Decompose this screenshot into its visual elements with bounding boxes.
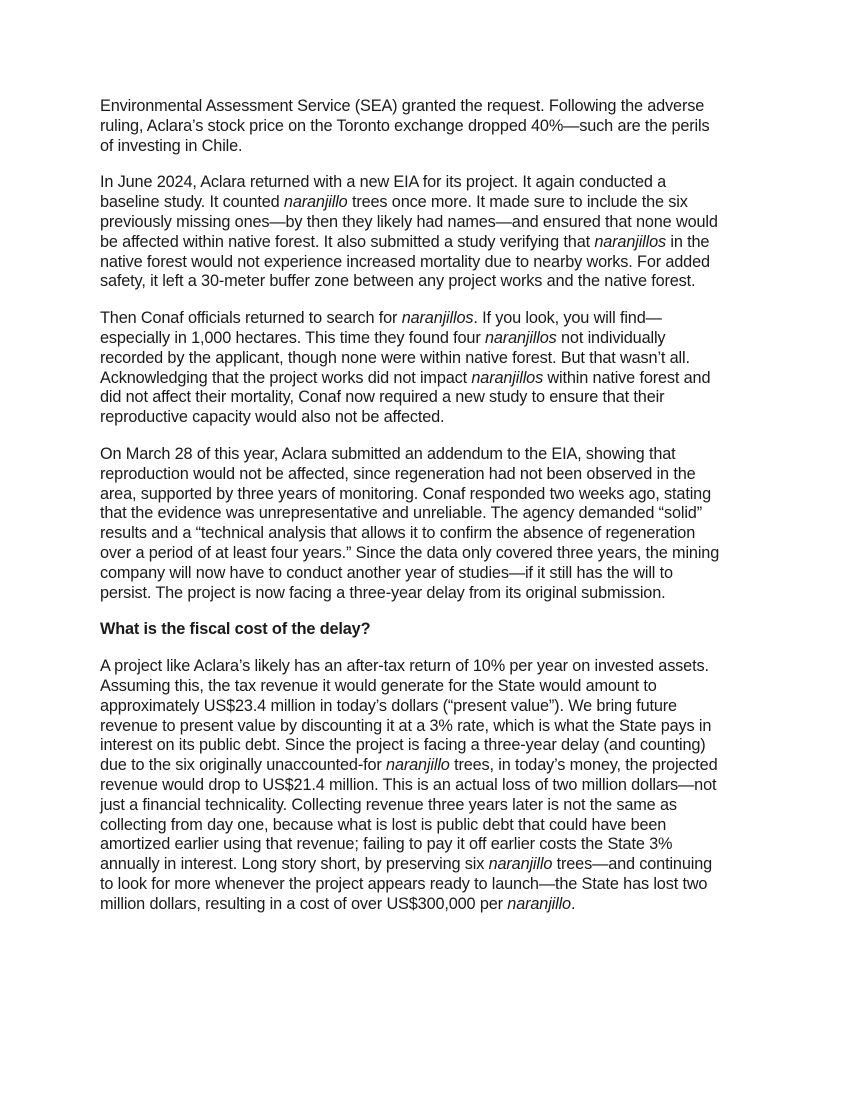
text-run: trees—and continuing (552, 855, 712, 873)
text-run: . If you look, you will find— (473, 309, 661, 327)
text-run: reproduction would not be affected, sinc… (100, 465, 696, 483)
text-run: million dollars, resulting in a cost of … (100, 895, 507, 913)
text-run: Assuming this, the tax revenue it would … (100, 677, 657, 695)
text-line: company will now have to conduct another… (100, 564, 752, 584)
document-page: Environmental Assessment Service (SEA) g… (100, 97, 752, 931)
text-line: Environmental Assessment Service (SEA) g… (100, 97, 752, 117)
text-line: reproduction would not be affected, sinc… (100, 465, 752, 485)
text-run: of investing in Chile. (100, 137, 242, 155)
text-line: revenue to present value by discounting … (100, 717, 752, 737)
text-run: annually in interest. Long story short, … (100, 855, 489, 873)
text-run: . (571, 895, 575, 913)
fiscal-cost-paragraph: A project like Aclara’s likely has an af… (100, 657, 752, 914)
text-line: Acknowledging that the project works did… (100, 369, 752, 389)
text-line: approximately US$23.4 million in today’s… (100, 697, 752, 717)
italic-term: naranjillo (507, 895, 571, 913)
text-run: just a financial technicality. Collectin… (100, 796, 677, 814)
text-run: within native forest and (543, 369, 710, 387)
italic-term: naranjillos (402, 309, 474, 327)
text-run: due to the six originally unaccounted-fo… (100, 756, 386, 774)
text-line: previously missing ones—by then they lik… (100, 213, 752, 233)
text-run: ruling, Aclara’s stock price on the Toro… (100, 117, 709, 135)
text-run: to look for more whenever the project ap… (100, 875, 707, 893)
text-line: ruling, Aclara’s stock price on the Toro… (100, 117, 752, 137)
text-line: On March 28 of this year, Aclara submitt… (100, 445, 752, 465)
italic-term: naranjillos (471, 369, 543, 387)
text-line: safety, it left a 30-meter buffer zone b… (100, 272, 752, 292)
text-run: Then Conaf officials returned to search … (100, 309, 402, 327)
italic-term: naranjillo (489, 855, 553, 873)
text-line: million dollars, resulting in a cost of … (100, 895, 752, 915)
text-run: that the evidence was unrepresentative a… (100, 504, 702, 522)
paragraph: On March 28 of this year, Aclara submitt… (100, 445, 752, 603)
text-run: collecting from day one, because what is… (100, 816, 666, 834)
italic-term: naranjillo (386, 756, 450, 774)
text-run: persist. The project is now facing a thr… (100, 584, 666, 602)
text-run: revenue would drop to US$21.4 million. T… (100, 776, 716, 794)
text-line: recorded by the applicant, though none w… (100, 349, 752, 369)
text-line: persist. The project is now facing a thr… (100, 584, 752, 604)
text-run: interest on its public debt. Since the p… (100, 736, 706, 754)
text-run: Environmental Assessment Service (SEA) g… (100, 97, 704, 115)
text-run: be affected within native forest. It als… (100, 233, 594, 251)
italic-term: naranjillos (485, 329, 557, 347)
text-line: that the evidence was unrepresentative a… (100, 504, 752, 524)
text-line: be affected within native forest. It als… (100, 233, 752, 253)
italic-term: naranjillo (284, 193, 348, 211)
text-line: area, supported by three years of monito… (100, 485, 752, 505)
text-line: baseline study. It counted naranjillo tr… (100, 193, 752, 213)
italic-term: naranjillos (594, 233, 666, 251)
text-run: in the (666, 233, 709, 251)
text-line: Assuming this, the tax revenue it would … (100, 677, 752, 697)
text-run: safety, it left a 30-meter buffer zone b… (100, 272, 695, 290)
text-line: just a financial technicality. Collectin… (100, 796, 752, 816)
text-line: collecting from day one, because what is… (100, 816, 752, 836)
text-run: Acknowledging that the project works did… (100, 369, 471, 387)
text-line: amortized earlier using that revenue; fa… (100, 835, 752, 855)
text-line: over a period of at least four years.” S… (100, 544, 752, 564)
text-line: Then Conaf officials returned to search … (100, 309, 752, 329)
text-line: reproductive capacity would also not be … (100, 408, 752, 428)
section-heading: What is the fiscal cost of the delay? (100, 620, 752, 640)
text-line: to look for more whenever the project ap… (100, 875, 752, 895)
text-line: interest on its public debt. Since the p… (100, 736, 752, 756)
text-line: A project like Aclara’s likely has an af… (100, 657, 752, 677)
body-paragraphs: Environmental Assessment Service (SEA) g… (100, 97, 752, 603)
text-run: recorded by the applicant, though none w… (100, 349, 690, 367)
text-line: of investing in Chile. (100, 137, 752, 157)
text-line: did not affect their mortality, Conaf no… (100, 388, 752, 408)
text-line: annually in interest. Long story short, … (100, 855, 752, 875)
text-run: did not affect their mortality, Conaf no… (100, 388, 664, 406)
text-run: over a period of at least four years.” S… (100, 544, 719, 562)
text-run: baseline study. It counted (100, 193, 284, 211)
text-run: A project like Aclara’s likely has an af… (100, 657, 709, 675)
text-run: trees, in today’s money, the projected (450, 756, 718, 774)
text-line: native forest would not experience incre… (100, 253, 752, 273)
text-run: area, supported by three years of monito… (100, 485, 711, 503)
text-run: In June 2024, Aclara returned with a new… (100, 173, 666, 191)
text-line: In June 2024, Aclara returned with a new… (100, 173, 752, 193)
text-run: On March 28 of this year, Aclara submitt… (100, 445, 676, 463)
text-run: approximately US$23.4 million in today’s… (100, 697, 677, 715)
text-line: revenue would drop to US$21.4 million. T… (100, 776, 752, 796)
text-run: trees once more. It made sure to include… (348, 193, 688, 211)
text-run: amortized earlier using that revenue; fa… (100, 835, 672, 853)
text-run: especially in 1,000 hectares. This time … (100, 329, 485, 347)
paragraph: In June 2024, Aclara returned with a new… (100, 173, 752, 292)
text-line: due to the six originally unaccounted-fo… (100, 756, 752, 776)
text-line: results and a “technical analysis that a… (100, 524, 752, 544)
paragraph: Environmental Assessment Service (SEA) g… (100, 97, 752, 156)
text-run: previously missing ones—by then they lik… (100, 213, 718, 231)
text-run: company will now have to conduct another… (100, 564, 673, 582)
text-run: not individually (557, 329, 666, 347)
text-run: results and a “technical analysis that a… (100, 524, 695, 542)
text-run: revenue to present value by discounting … (100, 717, 711, 735)
paragraph: Then Conaf officials returned to search … (100, 309, 752, 428)
text-run: native forest would not experience incre… (100, 253, 710, 271)
text-line: especially in 1,000 hectares. This time … (100, 329, 752, 349)
text-run: reproductive capacity would also not be … (100, 408, 444, 426)
